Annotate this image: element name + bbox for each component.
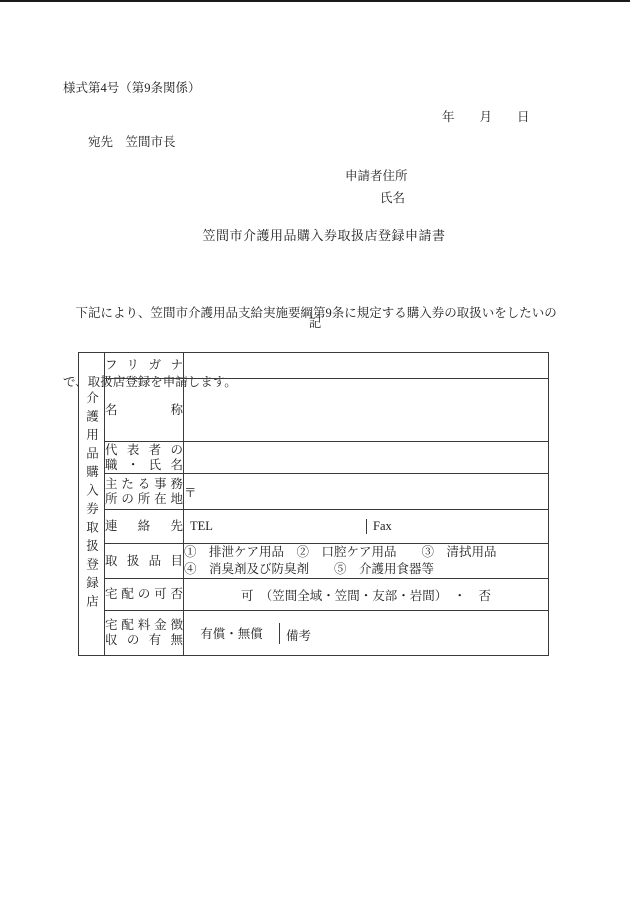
items-line1: ① 排泄ケア用品 ② 口腔ケア用品 ③ 清拭用品 (184, 544, 548, 561)
table-row-representative: 代表者の 職・氏名 (79, 442, 549, 474)
document-page: 様式第4号（第9条関係） 年 月 日 宛先 笠間市長 申請者住所 氏名 笠間市介… (0, 0, 630, 903)
form-title: 笠間市介護用品購入券取扱店登録申請書 (0, 225, 630, 244)
contact-label-cell: 連絡先 (105, 510, 184, 544)
items-line2: ④ 消臭剤及び防臭剤 ⑤ 介護用食器等 (184, 561, 548, 578)
addressee-line: 宛先 笠間市長 (88, 132, 176, 150)
table-row-name: 名称 (79, 379, 549, 442)
delivery-label-cell: 宅配の可否 (105, 579, 184, 611)
name-label-cell: 名称 (105, 379, 184, 442)
table-row-furigana: 介護用品購入券取扱登録店 フリガナ (79, 353, 549, 379)
office-address-label-line1: 主たる事務 (105, 477, 183, 492)
delivery-label: 宅配の可否 (105, 587, 183, 602)
name-label: 名称 (105, 403, 183, 418)
items-value-cell: ① 排泄ケア用品 ② 口腔ケア用品 ③ 清拭用品 ④ 消臭剤及び防臭剤 ⑤ 介護… (184, 544, 549, 579)
furigana-label-cell: フリガナ (105, 353, 184, 379)
table-row-delivery-fee: 宅配料金徴 収の有無 有償・無償 備考 (79, 611, 549, 656)
furigana-value-cell (184, 353, 549, 379)
applicant-address-label: 申請者住所 (345, 166, 408, 184)
delivery-fee-label-line1: 宅配料金徴 (105, 618, 183, 633)
representative-label-line2: 職・氏名 (105, 458, 183, 473)
remarks-label: 備考 (286, 626, 311, 644)
remarks-cell: 備考 (279, 623, 548, 644)
delivery-fee-value-cell: 有償・無償 備考 (184, 611, 549, 656)
representative-value-cell (184, 442, 549, 474)
items-label: 取扱品目 (105, 554, 183, 569)
contact-value-cell: TEL Fax (184, 510, 549, 544)
date-line: 年 月 日 (442, 107, 530, 125)
registration-table: 介護用品購入券取扱登録店 フリガナ 名称 代表者の 職・氏名 主たる事務 所の所… (78, 352, 549, 656)
items-label-cell: 取扱品目 (105, 544, 184, 579)
table-row-items: 取扱品目 ① 排泄ケア用品 ② 口腔ケア用品 ③ 清拭用品 ④ 消臭剤及び防臭剤… (79, 544, 549, 579)
office-address-label-line2: 所の所在地 (105, 492, 183, 507)
representative-label-cell: 代表者の 職・氏名 (105, 442, 184, 474)
contact-label: 連絡先 (105, 519, 183, 534)
ki-marker: 記 (0, 313, 630, 331)
vertical-header-text: 介護用品購入券取扱登録店 (80, 391, 104, 613)
furigana-label: フリガナ (105, 358, 183, 373)
scan-edge-line (0, 0, 630, 2)
table-row-contact: 連絡先 TEL Fax (79, 510, 549, 544)
office-address-label-cell: 主たる事務 所の所在地 (105, 474, 184, 510)
office-address-value-cell: 〒 (184, 474, 549, 510)
fee-option-cell: 有償・無償 (184, 623, 279, 644)
form-number: 様式第4号（第9条関係） (63, 78, 201, 96)
delivery-fee-label-cell: 宅配料金徴 収の有無 (105, 611, 184, 656)
applicant-name-label: 氏名 (380, 188, 405, 206)
fax-cell: Fax (366, 519, 548, 534)
name-value-cell (184, 379, 549, 442)
delivery-fee-label-line2: 収の有無 (105, 633, 183, 648)
table-row-office-address: 主たる事務 所の所在地 〒 (79, 474, 549, 510)
delivery-value-cell: 可 （笠間全域・笠間・友部・岩間） ・ 否 (184, 579, 549, 611)
vertical-header-cell: 介護用品購入券取扱登録店 (79, 353, 105, 656)
tel-cell: TEL (184, 519, 366, 534)
table-row-delivery: 宅配の可否 可 （笠間全域・笠間・友部・岩間） ・ 否 (79, 579, 549, 611)
postal-mark: 〒 (184, 486, 197, 500)
representative-label-line1: 代表者の (105, 443, 183, 458)
